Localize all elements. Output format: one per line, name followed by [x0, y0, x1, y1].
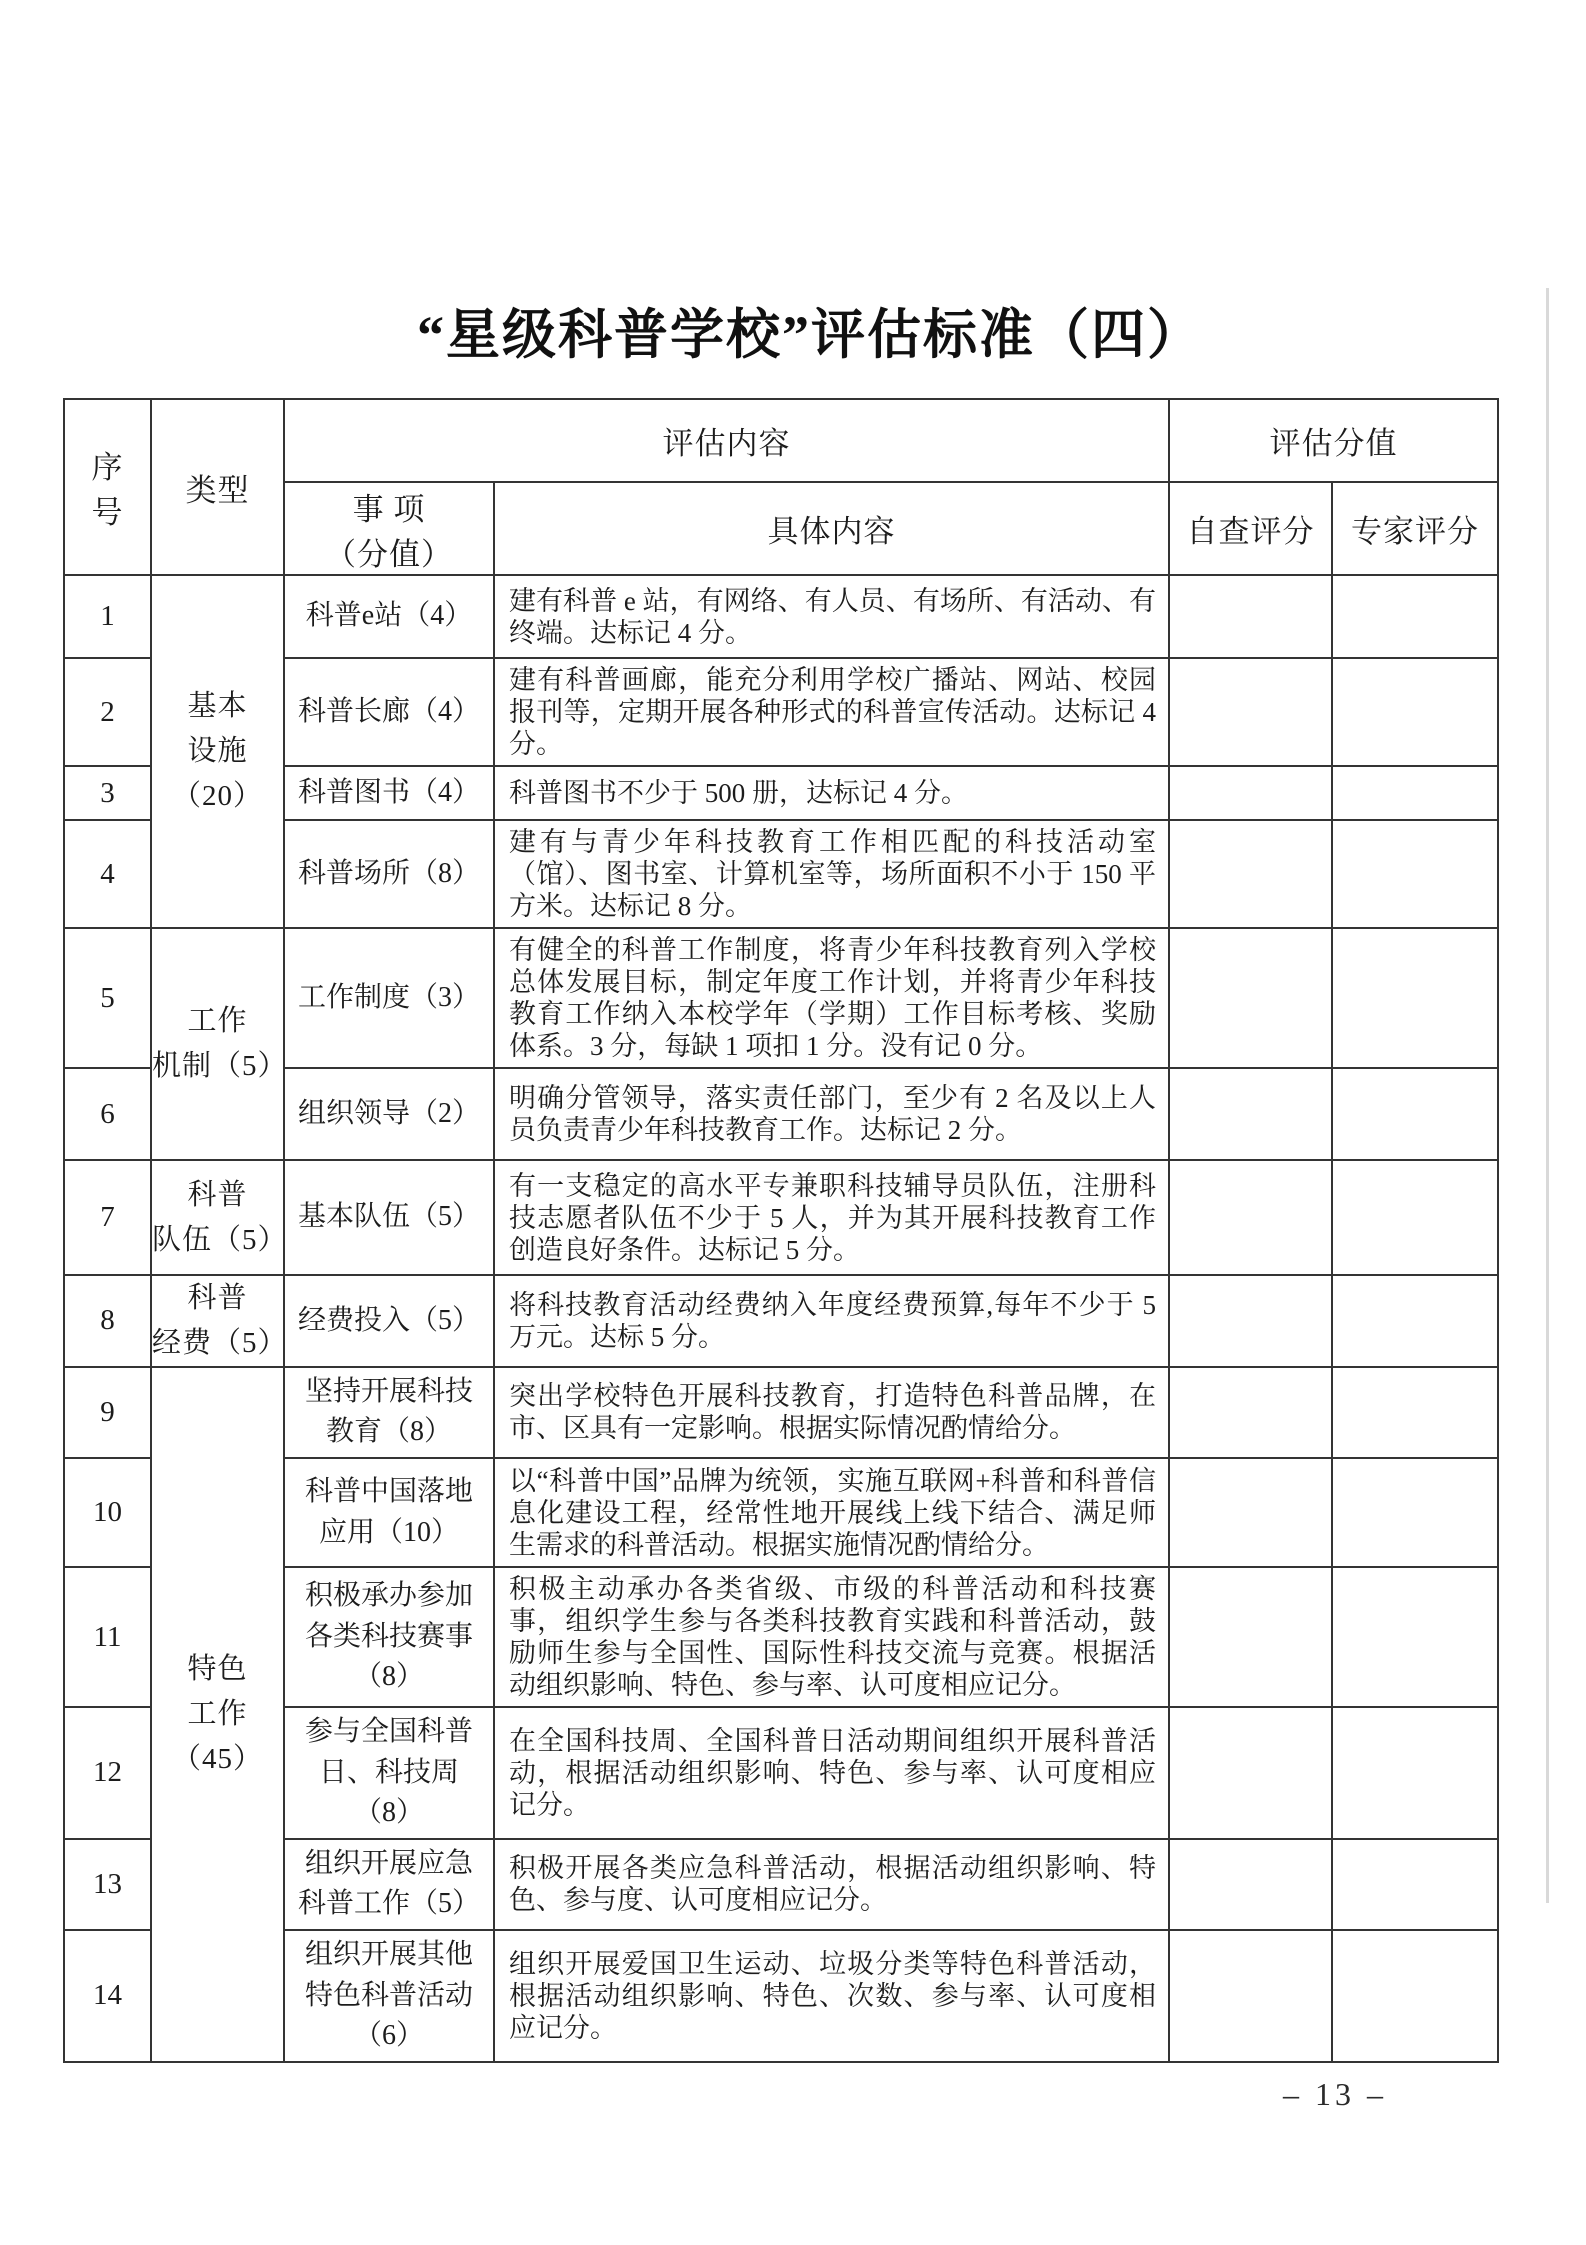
expert-score-cell	[1332, 1707, 1498, 1839]
detail-cell: 科普图书不少于 500 册，达标记 4 分。	[494, 766, 1169, 820]
item-cell: 积极承办参加 各类科技赛事 （8）	[284, 1567, 494, 1707]
serial-cell: 6	[64, 1068, 151, 1160]
item-cell: 坚持开展科技 教育（8）	[284, 1367, 494, 1458]
expert-score-cell	[1332, 1160, 1498, 1275]
expert-score-cell	[1332, 575, 1498, 658]
self-score-cell	[1169, 928, 1332, 1068]
item-cell: 科普图书（4）	[284, 766, 494, 820]
self-score-cell	[1169, 1458, 1332, 1567]
type-cell-science-funding: 科普 经费（5）	[151, 1275, 284, 1367]
header-detail: 具体内容	[494, 482, 1169, 575]
expert-score-cell	[1332, 1068, 1498, 1160]
detail-cell: 建有科普画廊，能充分利用学校广播站、网站、校园报刊等，定期开展各种形式的科普宣传…	[494, 658, 1169, 766]
serial-cell: 4	[64, 820, 151, 928]
item-cell: 基本队伍（5）	[284, 1160, 494, 1275]
expert-score-cell	[1332, 1567, 1498, 1707]
detail-cell: 以“科普中国”品牌为统领，实施互联网+科普和科普信息化建设工程，经常性地开展线上…	[494, 1458, 1169, 1567]
serial-cell: 5	[64, 928, 151, 1068]
detail-cell: 组织开展爱国卫生运动、垃圾分类等特色科普活动，根据活动组织影响、特色、次数、参与…	[494, 1930, 1169, 2062]
detail-cell: 建有科普 e 站，有网络、有人员、有场所、有活动、有终端。达标记 4 分。	[494, 575, 1169, 658]
header-expert-score: 专家评分	[1332, 482, 1498, 575]
self-score-cell	[1169, 1707, 1332, 1839]
header-self-score: 自查评分	[1169, 482, 1332, 575]
item-cell: 组织领导（2）	[284, 1068, 494, 1160]
detail-cell: 建有与青少年科技教育工作相匹配的科技活动室（馆）、图书室、计算机室等，场所面积不…	[494, 820, 1169, 928]
table-row: 1 基本 设施 （20） 科普e站（4） 建有科普 e 站，有网络、有人员、有场…	[64, 575, 1498, 658]
detail-cell: 有健全的科普工作制度，将青少年科技教育列入学校总体发展目标，制定年度工作计划，并…	[494, 928, 1169, 1068]
self-score-cell	[1169, 658, 1332, 766]
type-cell-science-team: 科普 队伍（5）	[151, 1160, 284, 1275]
expert-score-cell	[1332, 1367, 1498, 1458]
item-cell: 科普长廊（4）	[284, 658, 494, 766]
table-row: 8 科普 经费（5） 经费投入（5） 将科技教育活动经费纳入年度经费预算,每年不…	[64, 1275, 1498, 1367]
header-evaluation-score: 评估分值	[1169, 399, 1498, 482]
expert-score-cell	[1332, 766, 1498, 820]
serial-cell: 3	[64, 766, 151, 820]
expert-score-cell	[1332, 658, 1498, 766]
scanned-document-page: “星级科普学校”评估标准（四） 序 号 类型 评估内容 评估分值 事 项 （分值…	[0, 0, 1586, 2245]
self-score-cell	[1169, 1567, 1332, 1707]
expert-score-cell	[1332, 820, 1498, 928]
detail-cell: 明确分管领导，落实责任部门，至少有 2 名及以上人员负责青少年科技教育工作。达标…	[494, 1068, 1169, 1160]
serial-cell: 8	[64, 1275, 151, 1367]
serial-cell: 11	[64, 1567, 151, 1707]
serial-cell: 7	[64, 1160, 151, 1275]
page-number: – 13 –	[1235, 2076, 1435, 2113]
type-cell-work-mechanism: 工作 机制（5）	[151, 928, 284, 1160]
table-row: 5 工作 机制（5） 工作制度（3） 有健全的科普工作制度，将青少年科技教育列入…	[64, 928, 1498, 1068]
self-score-cell	[1169, 575, 1332, 658]
detail-cell: 积极开展各类应急科普活动，根据活动组织影响、特色、参与度、认可度相应记分。	[494, 1839, 1169, 1930]
item-cell: 科普中国落地 应用（10）	[284, 1458, 494, 1567]
item-cell: 经费投入（5）	[284, 1275, 494, 1367]
expert-score-cell	[1332, 1839, 1498, 1930]
self-score-cell	[1169, 1068, 1332, 1160]
page-title: “星级科普学校”评估标准（四）	[90, 292, 1530, 369]
self-score-cell	[1169, 1160, 1332, 1275]
expert-score-cell	[1332, 1930, 1498, 2062]
serial-cell: 14	[64, 1930, 151, 2062]
detail-cell: 积极主动承办各类省级、市级的科普活动和科技赛事，组织学生参与各类科技教育实践和科…	[494, 1567, 1169, 1707]
self-score-cell	[1169, 1367, 1332, 1458]
expert-score-cell	[1332, 928, 1498, 1068]
header-evaluation-content: 评估内容	[284, 399, 1169, 482]
serial-cell: 10	[64, 1458, 151, 1567]
serial-cell: 2	[64, 658, 151, 766]
self-score-cell	[1169, 1275, 1332, 1367]
item-cell: 科普e站（4）	[284, 575, 494, 658]
type-cell-basic-facilities: 基本 设施 （20）	[151, 575, 284, 928]
header-item: 事 项 （分值）	[284, 482, 494, 575]
item-cell: 科普场所（8）	[284, 820, 494, 928]
detail-cell: 将科技教育活动经费纳入年度经费预算,每年不少于 5 万元。达标 5 分。	[494, 1275, 1169, 1367]
scan-edge-artifact	[1546, 288, 1549, 1903]
self-score-cell	[1169, 820, 1332, 928]
expert-score-cell	[1332, 1458, 1498, 1567]
expert-score-cell	[1332, 1275, 1498, 1367]
serial-cell: 12	[64, 1707, 151, 1839]
serial-cell: 9	[64, 1367, 151, 1458]
table-row: 9 特色 工作 （45） 坚持开展科技 教育（8） 突出学校特色开展科技教育，打…	[64, 1367, 1498, 1458]
detail-cell: 在全国科技周、全国科普日活动期间组织开展科普活动，根据活动组织影响、特色、参与率…	[494, 1707, 1169, 1839]
evaluation-table: 序 号 类型 评估内容 评估分值 事 项 （分值） 具体内容 自查评分 专家评分…	[63, 398, 1499, 2063]
self-score-cell	[1169, 1839, 1332, 1930]
serial-cell: 13	[64, 1839, 151, 1930]
type-cell-featured-work: 特色 工作 （45）	[151, 1367, 284, 2062]
item-cell: 工作制度（3）	[284, 928, 494, 1068]
self-score-cell	[1169, 1930, 1332, 2062]
table-row: 7 科普 队伍（5） 基本队伍（5） 有一支稳定的高水平专兼职科技辅导员队伍，注…	[64, 1160, 1498, 1275]
header-type: 类型	[151, 399, 284, 575]
detail-cell: 有一支稳定的高水平专兼职科技辅导员队伍，注册科技志愿者队伍不少于 5 人，并为其…	[494, 1160, 1169, 1275]
header-serial-number: 序 号	[64, 399, 151, 575]
item-cell: 参与全国科普 日、科技周（8）	[284, 1707, 494, 1839]
serial-cell: 1	[64, 575, 151, 658]
self-score-cell	[1169, 766, 1332, 820]
item-cell: 组织开展其他 特色科普活动 （6）	[284, 1930, 494, 2062]
detail-cell: 突出学校特色开展科技教育，打造特色科普品牌，在市、区具有一定影响。根据实际情况酌…	[494, 1367, 1169, 1458]
item-cell: 组织开展应急 科普工作（5）	[284, 1839, 494, 1930]
